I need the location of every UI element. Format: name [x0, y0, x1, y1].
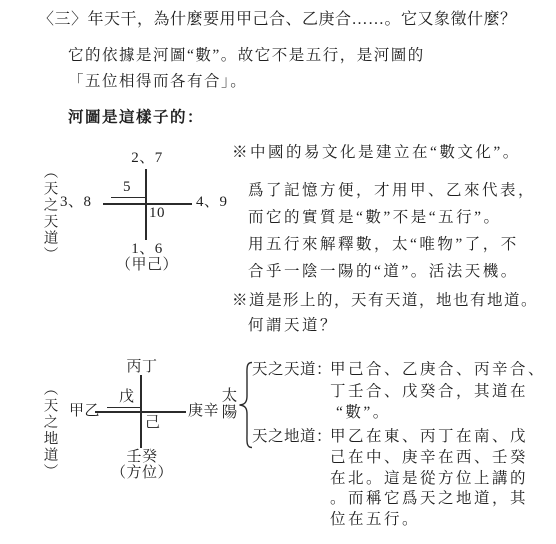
intro-line-2: 「五位相得而各有合」。 — [68, 73, 247, 91]
earth-left-value: 甲乙 — [69, 403, 100, 420]
earth-center-upper-value: 戊 — [119, 389, 135, 406]
note-what-is-tiandao: 何謂天道？ — [248, 317, 338, 335]
tiandao-branch-line-1: 甲己合、乙庚合、丙辛合、 — [330, 361, 546, 379]
earth-bottom-note: （方位） — [111, 465, 173, 482]
didao-branch-line-2: 己在中、庚辛在西、壬癸 — [330, 449, 528, 467]
earth-center-lower-value: 己 — [145, 415, 161, 432]
earth-center-divider-line — [107, 407, 141, 408]
heaven-center-lower-value: 10 — [149, 205, 165, 222]
earth-bottom-value: 壬癸 — [126, 449, 157, 466]
heaven-cross-horizontal-line — [103, 203, 192, 205]
intro-line-3: 河圖是這樣子的： — [68, 109, 204, 127]
tiandao-branch-line-3: “數”。 — [336, 404, 391, 422]
didao-branch-line-5: 位在五行。 — [330, 511, 420, 529]
earth-top-value: 丙丁 — [126, 359, 157, 376]
note-dao-metaphysics: ※道是形上的，天有天道，地也有地道。 — [232, 292, 538, 310]
earth-cross-horizontal-line — [95, 411, 186, 413]
heaven-right-value: 4、9 — [196, 194, 228, 211]
heaven-diagram-side-label: （天之天道） — [42, 164, 57, 263]
heaven-bottom-note: （甲己） — [116, 257, 178, 274]
earth-right-value: 庚辛 — [188, 403, 219, 420]
note-paragraph-line-2: 而它的實質是“數”不是“五行”。 — [248, 209, 502, 227]
note-number-culture: ※中國的易文化是建立在“數文化”。 — [232, 144, 521, 162]
earth-diagram-side-label: （天之地道） — [42, 381, 57, 480]
didao-branch-line-4: 。而稱它爲天之地道，其 — [330, 490, 528, 508]
intro-line-1: 它的依據是河圖“數”。故它不是五行，是河圖的 — [68, 47, 425, 65]
question-heading: 〈三〉年天干，為什麼要用甲己合、乙庚合……。它又象徵什麼？ — [38, 11, 517, 29]
heaven-center-upper-value: 5 — [123, 179, 131, 196]
note-paragraph-line-1: 爲了記憶方便，才用甲、乙來代表， — [248, 182, 536, 200]
document-page: 〈三〉年天干，為什麼要用甲己合、乙庚合……。它又象徵什麼？ 它的依據是河圖“數”… — [0, 0, 556, 544]
didao-branch-line-1: 甲乙在東、丙丁在南、戊 — [330, 428, 528, 446]
tiandao-branch-label: 天之天道： — [252, 361, 332, 379]
heaven-center-divider-line — [111, 197, 145, 198]
note-paragraph-line-3: 用五行來解釋數，太“唯物”了，不 — [248, 236, 519, 254]
didao-branch-line-3: 在北。這是從方位上講的 — [330, 470, 528, 488]
didao-branch-label: 天之地道： — [252, 428, 332, 446]
taiyang-label: 太陽 — [220, 387, 236, 420]
note-paragraph-line-4: 合乎一陰一陽的“道”。活法天機。 — [248, 263, 519, 281]
heaven-top-value: 2、7 — [131, 150, 163, 167]
tiandao-branch-line-2: 丁壬合、戊癸合，其道在 — [330, 383, 528, 401]
heaven-left-value: 3、8 — [60, 194, 92, 211]
heaven-bottom-value: 1、6 — [131, 241, 163, 258]
